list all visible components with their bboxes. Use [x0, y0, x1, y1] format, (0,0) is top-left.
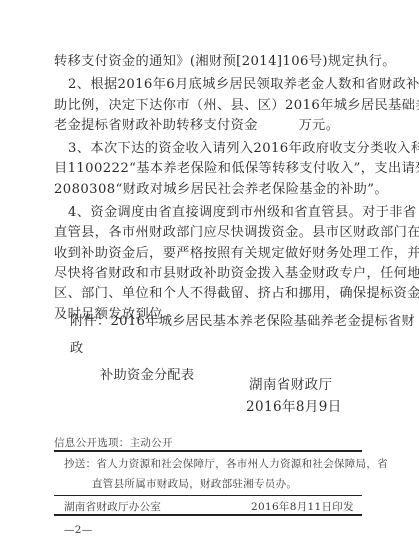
paragraph-2-line: 2、根据2016年6月底城乡居民领取养老金人数和省财政补: [54, 75, 364, 95]
paragraph-4-line: 区、部门、单位和个人不得截留、挤占和挪用，确保提标资金: [54, 284, 364, 304]
paragraph-2-line: 助比例，决定下达你市（州、县、区）2016年城乡居民基础养: [54, 96, 364, 116]
issue-date: 2016年8月11日印发: [251, 499, 354, 514]
paragraph-3-line: 2080308“财政对城乡居民社会养老保险基金的补助”。: [54, 180, 364, 200]
footer-rule-bottom: [54, 514, 362, 516]
cc-line-2: 直管县所属市财政局，财政部驻湘专员办。: [92, 476, 297, 491]
attachment-line-2: 补助资金分配表: [70, 362, 419, 389]
attachment-note: 附件：2016年城乡居民基本养老保险基础养老金提标省财政 补助资金分配表: [70, 308, 419, 389]
paragraph-4-line: 尽快将省财政和市县财政补助资金拨入基金财政专户，任何地: [54, 264, 364, 284]
footer-rule-middle: [54, 495, 362, 496]
body-line: 转移支付资金的通知》(湘财预[2014]106号)规定执行。: [54, 52, 364, 72]
paragraph-3-line: 目1100222“基本养老保险和低保等转移支付收入”，支出请列入: [54, 159, 364, 179]
paragraph-3-line: 3、本次下达的资金收入请列入2016年政府收支分类收入科: [54, 139, 364, 159]
signature-org: 湖南省财政厅: [249, 373, 332, 393]
cc-line-1: 抄送：省人力资源和社会保障厅，各市州人力资源和社会保障局，省: [64, 456, 388, 471]
footer-rule-top: [54, 450, 362, 452]
paragraph-4-line: 4、资金调度由省直接调度到市州级和省直管县。对于非省: [54, 203, 364, 223]
document-page: 转移支付资金的通知》(湘财预[2014]106号)规定执行。 2、根据2016年…: [0, 0, 419, 555]
paragraph-4-line: 收到补助资金后，要严格按照有关规定做好财务处理工作，并: [54, 244, 364, 264]
disclosure-option: 信息公开选项：主动公开: [54, 435, 173, 450]
attachment-line-1: 附件：2016年城乡居民基本养老保险基础养老金提标省财政: [70, 308, 419, 362]
document-body: 转移支付资金的通知》(湘财预[2014]106号)规定执行。 2、根据2016年…: [54, 52, 364, 325]
paragraph-2-line: 老金提标省财政补助转移支付资金 万元。: [54, 116, 364, 136]
signature-date: 2016年8月9日: [246, 395, 342, 415]
issuer-office: 湖南省财政厅办公室: [64, 499, 161, 514]
page-number: —2—: [64, 524, 93, 536]
paragraph-4-line: 直管县，各市州财政部门应尽快调拨资金。县市区财政部门在: [54, 223, 364, 243]
